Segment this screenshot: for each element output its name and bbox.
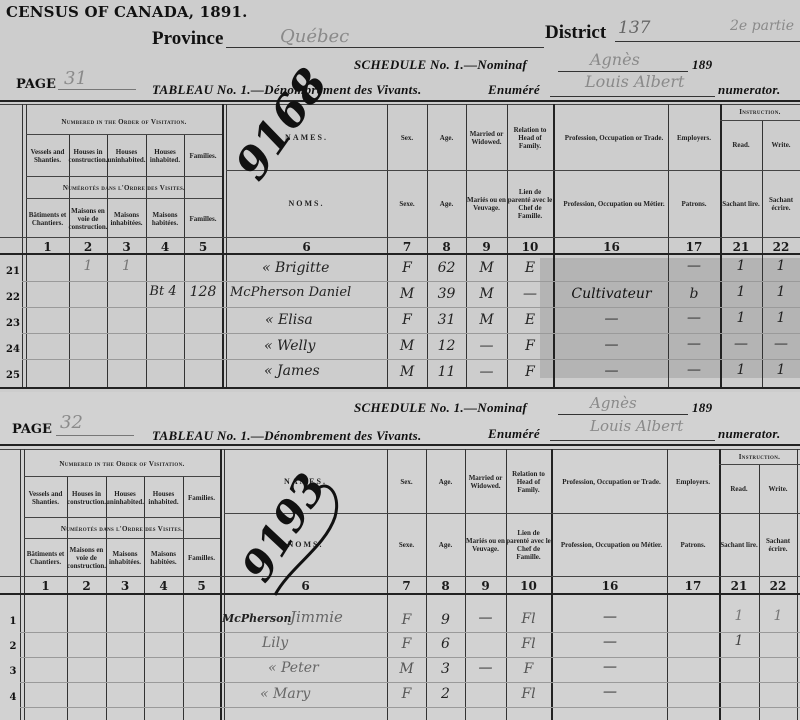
header-read-en: Read. — [720, 122, 762, 168]
column-number: 5 — [184, 240, 222, 254]
header-married-en: Married or Widowed. — [465, 452, 506, 511]
cell-relation: E — [507, 312, 553, 328]
row-divider — [20, 657, 800, 658]
cell-col4: Bt 4 — [140, 284, 186, 299]
cell-relation: F — [507, 338, 553, 354]
header-col1-fr: Bâtiments et Chantiers. — [26, 200, 69, 237]
header-col2-en: Houses in construction. — [69, 136, 107, 176]
header-col2-fr: Maisons en voie de construction. — [69, 200, 107, 237]
column-number: 2 — [67, 579, 106, 593]
column-number: 9 — [465, 579, 506, 593]
cell-write: — — [762, 336, 800, 352]
col-divider — [20, 449, 21, 720]
cell-sex: F — [387, 612, 426, 628]
cell-col5: 128 — [184, 284, 222, 300]
column-number: 3 — [107, 240, 146, 254]
cell-sex: F — [387, 686, 426, 702]
cell-married: M — [466, 286, 507, 302]
row-divider — [24, 538, 220, 539]
row-divider — [24, 476, 220, 477]
cell-name: McPherson Daniel — [230, 285, 351, 300]
header-read-fr: Sachant lire. — [720, 172, 762, 236]
header-sex-en: Sex. — [387, 452, 426, 511]
header-profession-fr: Profession, Occupation ou Métier. — [556, 515, 667, 575]
row-number: 24 — [4, 344, 22, 355]
column-number: 4 — [144, 579, 183, 593]
col-divider — [797, 449, 798, 720]
cell-name: « Elisa — [265, 312, 313, 328]
header-married-fr: Mariés ou en Veuvage. — [465, 515, 506, 575]
header-col4-en: Houses inhabited. — [146, 136, 184, 176]
column-number: 17 — [668, 240, 720, 254]
header-relation-fr: Lien de parenté avec le Chef de Famille. — [507, 172, 553, 236]
row-number: 2 — [4, 641, 22, 652]
header-instruction: Instruction. — [720, 104, 800, 120]
stamp-flourish-icon — [270, 477, 350, 597]
row-divider — [719, 464, 800, 465]
row-divider — [720, 120, 800, 121]
row-number: 3 — [4, 666, 22, 677]
col-divider — [222, 104, 224, 389]
row-divider — [26, 176, 222, 177]
enumerator-value: Louis Albert — [590, 417, 683, 435]
header-numbered-fr: Numérotés dans l'Ordre des Visites. — [26, 178, 222, 198]
schedule-heading: SCHEDULE No. 1.—Nominaf — [354, 57, 527, 73]
cell-profession: — — [553, 659, 667, 675]
census-sheet-page-31: CENSUS OF CANADA, 1891. Province Québec … — [0, 0, 800, 392]
header-age-en: Age. — [427, 108, 466, 168]
header-numbered-fr: Numérotés dans l'Ordre des Visites. — [24, 519, 220, 538]
schedule-heading: SCHEDULE No. 1.—Nominaf — [354, 400, 527, 416]
header-relation-en: Relation to Head of Family. — [506, 452, 551, 511]
column-number: 7 — [387, 240, 427, 254]
cell-read: — — [720, 336, 762, 352]
row-divider — [226, 170, 800, 171]
cell-married: — — [466, 364, 507, 380]
cell-age: 6 — [426, 636, 465, 652]
row-number: 1 — [4, 616, 22, 627]
cell-sex: M — [387, 338, 427, 354]
enumere-label: Enuméré — [488, 426, 540, 442]
header-married-fr: Mariés ou en Veuvage. — [466, 172, 507, 236]
header-sex-fr: Sexe. — [387, 515, 426, 575]
header-col3-en: Houses uninhabited. — [106, 478, 144, 517]
header-write-en: Write. — [762, 122, 800, 168]
cell-married: M — [466, 312, 507, 328]
table-top-border — [0, 100, 800, 102]
cell-age: 39 — [427, 286, 466, 302]
cell-profession: — — [555, 311, 668, 327]
tableau-heading: TABLEAU No. 1.—Dénombrement des Vivants. — [152, 428, 422, 444]
cell-age: 12 — [427, 338, 466, 354]
cell-sex: M — [387, 661, 426, 677]
cell-read: 1 — [720, 310, 762, 326]
province-label: Province — [152, 28, 223, 50]
district-value: 137 — [618, 18, 650, 38]
column-number: 6 — [226, 240, 387, 254]
cell-name-prefix: McPherson — [222, 612, 291, 625]
cell-age: 9 — [426, 612, 465, 628]
header-read-en: Read. — [719, 466, 759, 511]
table-top-border-inner — [0, 104, 800, 105]
census-sheet-page-32: SCHEDULE No. 1.—Nominaf Agnès 189 PAGE 3… — [0, 392, 800, 720]
year-label: 189 — [692, 57, 712, 73]
enumerator-label: numerator. — [718, 426, 781, 442]
header-col5-fr: Familles. — [183, 540, 220, 576]
header-col1-en: Vessels and Shanties. — [26, 136, 69, 176]
header-instruction: Instruction. — [719, 449, 800, 464]
column-number: 21 — [720, 240, 762, 254]
cell-age: 11 — [427, 364, 466, 380]
schedule-value: Agnès — [590, 394, 637, 412]
cell-relation: F — [507, 364, 553, 380]
cell-read: 1 — [720, 362, 762, 378]
page-line — [56, 435, 134, 436]
cell-relation: Fl — [506, 636, 551, 652]
page-label: PAGE — [12, 422, 52, 437]
document-title: CENSUS OF CANADA, 1891. — [6, 3, 248, 21]
row-divider — [22, 307, 800, 308]
cell-married: — — [465, 610, 506, 626]
header-write-fr: Sachant écrire. — [759, 515, 797, 575]
column-number: 22 — [762, 240, 800, 254]
table-top-border-inner — [0, 449, 800, 450]
column-number: 22 — [759, 579, 797, 593]
header-relation-fr: Lien de parenté avec le Chef de Famille. — [506, 515, 551, 575]
cell-col3: 1 — [107, 258, 146, 274]
row-divider — [26, 134, 222, 135]
row-number: 22 — [4, 292, 22, 303]
row-divider — [0, 576, 800, 577]
cell-col2: 1 — [69, 258, 107, 274]
row-divider — [24, 517, 220, 518]
row-divider — [20, 632, 800, 633]
cell-sex: M — [387, 286, 427, 302]
cell-sex: F — [387, 260, 427, 276]
header-col3-fr: Maisons inhabitées. — [106, 540, 144, 576]
cell-read: 1 — [720, 284, 762, 300]
schedule-value: Agnès — [590, 50, 640, 69]
cell-sex: M — [387, 364, 427, 380]
header-numbered-en: Numbered in the Order of Visitation. — [26, 112, 222, 132]
cell-relation: Fl — [506, 611, 551, 627]
column-number: 8 — [426, 579, 465, 593]
enumerator-line — [550, 96, 715, 97]
header-profession-en: Profession, Occupation or Trade. — [560, 108, 668, 168]
header-write-en: Write. — [759, 466, 797, 511]
cell-relation: — — [507, 286, 553, 302]
column-number: 7 — [387, 579, 426, 593]
header-relation-en: Relation to Head of Family. — [507, 108, 553, 168]
cell-married: M — [466, 260, 507, 276]
cell-age: 31 — [427, 312, 466, 328]
cell-write: 1 — [762, 310, 800, 326]
cell-age: 62 — [427, 260, 466, 276]
column-number: 16 — [553, 579, 667, 593]
column-number: 5 — [183, 579, 220, 593]
province-line — [226, 47, 544, 48]
district-label: District — [545, 22, 606, 44]
header-age-fr: Age. — [427, 172, 466, 236]
column-number: 1 — [24, 579, 67, 593]
row-divider — [20, 682, 800, 683]
cell-profession: — — [553, 684, 667, 700]
col-divider — [220, 449, 222, 720]
enumerator-label: numerator. — [718, 82, 781, 98]
table-bottom-border — [0, 387, 800, 389]
row-divider — [22, 333, 800, 334]
cell-name: Lily — [262, 635, 288, 651]
schedule-line — [558, 414, 688, 415]
province-value: Québec — [280, 26, 349, 47]
header-employers-fr: Patrons. — [668, 172, 720, 236]
cell-profession: — — [555, 363, 668, 379]
cell-profession: — — [555, 337, 668, 353]
column-number: 16 — [555, 240, 668, 254]
header-col4-en: Houses inhabited. — [144, 478, 183, 517]
header-col3-en: Houses uninhabited. — [107, 136, 146, 176]
page-label: PAGE — [16, 77, 56, 92]
header-col4-fr: Maisons habitées. — [146, 200, 184, 237]
cell-read: 1 — [719, 608, 759, 624]
header-col4-fr: Maisons habitées. — [144, 540, 183, 576]
cell-employers: — — [668, 362, 720, 378]
page-number: 32 — [60, 412, 83, 433]
header-col3-fr: Maisons inhabitées. — [107, 200, 146, 237]
cell-write: 1 — [762, 362, 800, 378]
cell-profession: — — [553, 634, 667, 650]
cell-employers: — — [668, 336, 720, 352]
column-number: 10 — [506, 579, 551, 593]
cell-age: 3 — [426, 661, 465, 677]
row-divider — [26, 198, 222, 199]
row-divider — [0, 237, 800, 238]
enumere-label: Enuméré — [488, 82, 540, 98]
cell-name: « James — [264, 363, 320, 379]
row-divider — [22, 281, 800, 282]
header-profession-en: Profession, Occupation or Trade. — [556, 452, 667, 511]
enumerator-line — [550, 440, 715, 441]
col-divider — [22, 104, 23, 389]
cell-write: 1 — [762, 284, 800, 300]
column-number: 3 — [106, 579, 144, 593]
header-names-fr: NOMS. — [226, 172, 387, 236]
cell-relation: E — [507, 260, 553, 276]
page-number: 31 — [64, 68, 87, 89]
cell-name: « Peter — [268, 660, 319, 676]
header-employers-en: Employers. — [668, 108, 720, 168]
header-age-fr: Age. — [426, 515, 465, 575]
header-col1-fr: Bâtiments et Chantiers. — [24, 540, 67, 576]
district-line — [615, 41, 800, 42]
cell-sex: F — [387, 636, 426, 652]
cell-employers: — — [668, 310, 720, 326]
header-employers-fr: Patrons. — [667, 515, 719, 575]
column-number: 10 — [507, 240, 553, 254]
cell-write: 1 — [759, 608, 797, 624]
header-employers-en: Employers. — [667, 452, 719, 511]
cell-employers: b — [668, 286, 720, 302]
cell-married: — — [466, 338, 507, 354]
cell-read: 1 — [719, 633, 759, 649]
cell-married: — — [465, 660, 506, 676]
row-number: 23 — [4, 318, 22, 329]
cell-relation: Fl — [506, 686, 551, 702]
header-profession-fr: Profession, Occupation ou Métier. — [560, 172, 668, 236]
cell-profession: Cultivateur — [555, 286, 668, 302]
cell-employers: — — [668, 258, 720, 274]
cell-name: Jimmie — [290, 608, 343, 626]
cell-write: 1 — [762, 258, 800, 274]
column-number: 9 — [466, 240, 507, 254]
cell-profession: — — [553, 609, 667, 625]
enumerator-value: Louis Albert — [585, 72, 684, 91]
header-sex-fr: Sexe. — [387, 172, 427, 236]
column-number: 17 — [667, 579, 719, 593]
table-top-border — [0, 444, 800, 446]
header-married-en: Married or Widowed. — [466, 108, 507, 168]
header-bottom-border — [0, 593, 800, 595]
cell-sex: F — [387, 312, 427, 328]
cell-read: 1 — [720, 258, 762, 274]
column-number: 1 — [26, 240, 69, 254]
header-numbered-en: Numbered in the Order of Visitation. — [24, 454, 220, 474]
page-line — [58, 89, 136, 90]
row-number: 25 — [4, 370, 22, 381]
column-number: 4 — [146, 240, 184, 254]
column-number: 21 — [719, 579, 759, 593]
row-divider — [20, 707, 800, 708]
cell-name: « Brigitte — [262, 260, 329, 276]
header-col1-en: Vessels and Shanties. — [24, 478, 67, 517]
cell-age: 2 — [426, 686, 465, 702]
column-number: 2 — [69, 240, 107, 254]
header-age-en: Age. — [426, 452, 465, 511]
cell-name: « Welly — [264, 338, 315, 354]
row-number: 21 — [4, 266, 22, 277]
header-read-fr: Sachant lire. — [719, 515, 759, 575]
header-col2-en: Houses in construction. — [67, 478, 106, 517]
cell-relation: F — [506, 661, 551, 677]
cell-name: « Mary — [260, 686, 310, 702]
header-col2-fr: Maisons en voie de construction. — [67, 540, 106, 576]
header-sex-en: Sex. — [387, 108, 427, 168]
header-col5-fr: Familles. — [184, 200, 222, 237]
row-divider — [22, 359, 800, 360]
header-col5-en: Families. — [183, 478, 220, 517]
row-number: 4 — [4, 692, 22, 703]
header-col5-en: Families. — [184, 136, 222, 176]
header-write-fr: Sachant écrire. — [762, 172, 800, 236]
year-label: 189 — [692, 400, 712, 416]
column-number: 8 — [427, 240, 466, 254]
district-extra: 2e partie — [730, 18, 794, 34]
